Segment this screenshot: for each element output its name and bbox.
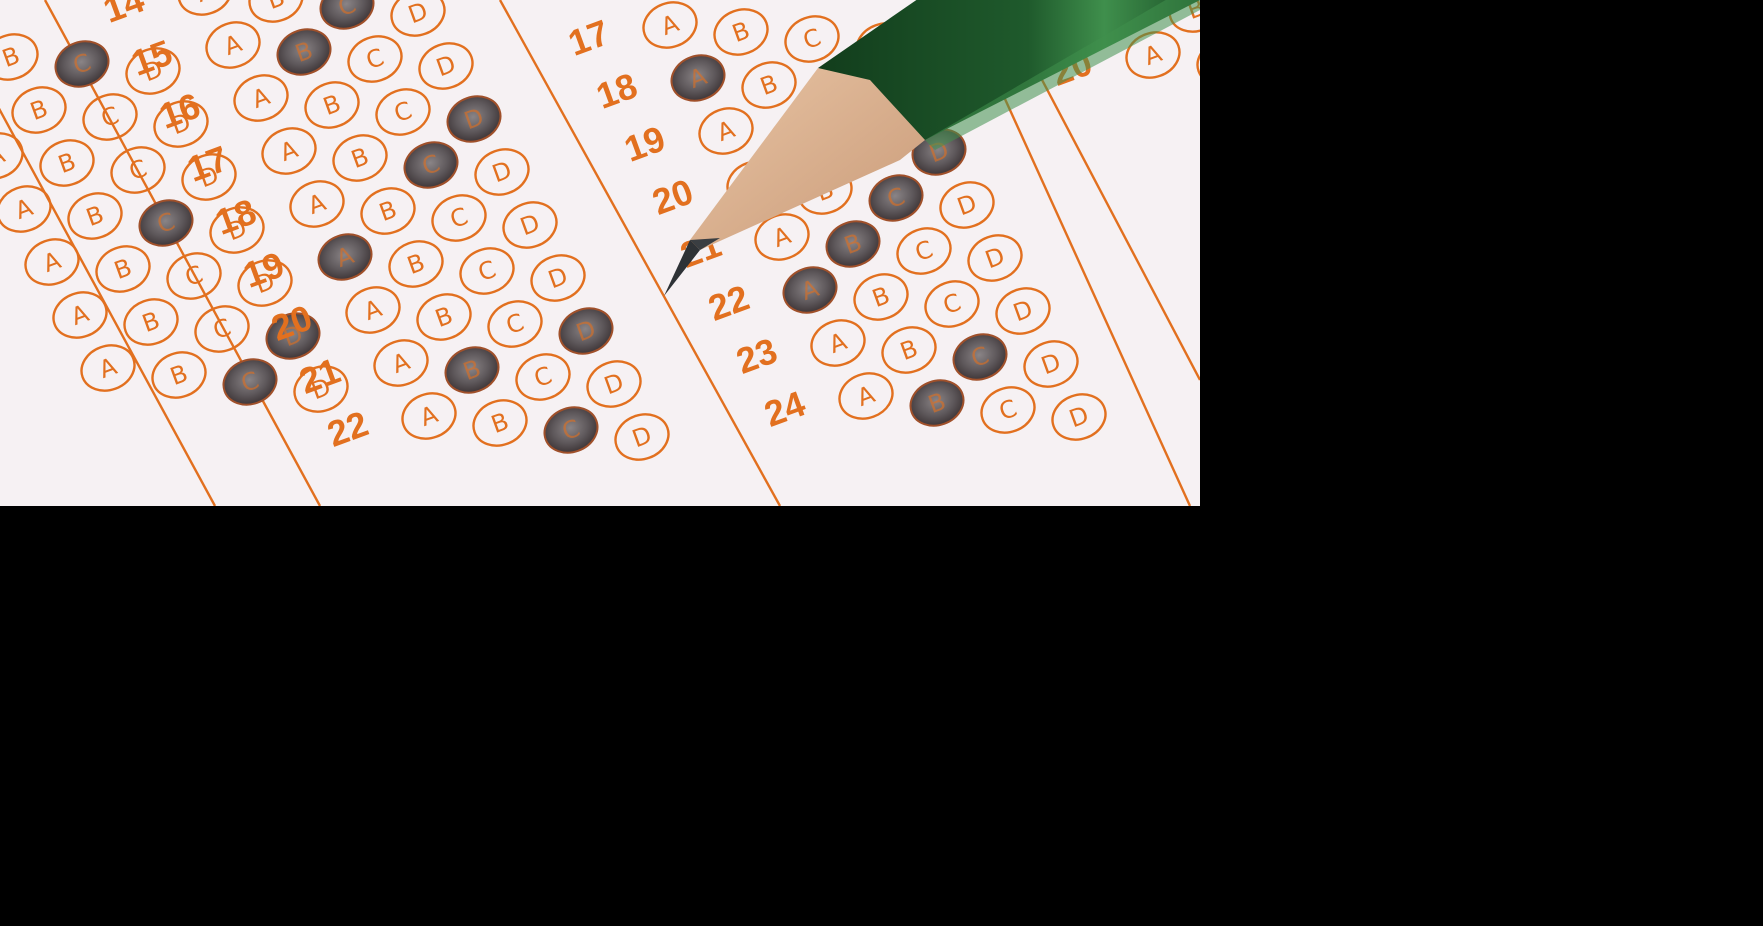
bubble-letter: C [799, 23, 824, 55]
question-row: 16ABCD [154, 68, 507, 149]
bubble-letter: B [82, 200, 107, 232]
question-number: 22 [703, 277, 755, 329]
bubble-letter: D [489, 156, 516, 189]
question-row: 24ABCD [759, 366, 1112, 447]
bubble-letter: D [954, 189, 981, 222]
bubble-letter: D [545, 262, 572, 295]
bubble-letter: D [433, 50, 460, 83]
bubble-letter: D [1066, 401, 1093, 434]
bubble-letter: C [362, 43, 387, 75]
bubble-letter: B [263, 0, 288, 15]
bubble-letter: C [502, 308, 527, 340]
bubble-letter: A [1140, 39, 1166, 71]
bubble-letter: A [713, 115, 739, 147]
bubble-letter: B [756, 69, 781, 101]
bubble-letter: D [601, 368, 628, 401]
bubble-letter: A [853, 380, 879, 412]
bubble-letter: A [192, 0, 218, 8]
question-number: 21 [294, 350, 346, 402]
question-number: 23 [731, 330, 783, 382]
bubble-letter: A [0, 140, 9, 172]
bubble-letter: A [95, 352, 121, 384]
bubble-letter: D [1010, 295, 1037, 328]
bubble-letter: A [220, 29, 246, 61]
bubble-b[interactable] [1191, 32, 1200, 92]
bubble-a[interactable] [0, 73, 1, 133]
bubble-letter: B [26, 94, 51, 126]
bubble-letter: C [446, 202, 471, 234]
bubble-letter: D [405, 0, 432, 29]
question-row: 20ABCD [266, 280, 619, 361]
bubble-letter: B [375, 195, 400, 227]
bubble-letter: C [939, 288, 964, 320]
bubble-letter: D [629, 421, 656, 454]
bubble-letter: B [110, 253, 135, 285]
bubble-letter: B [138, 306, 163, 338]
question-row: 18ABCD [210, 174, 563, 255]
bubble-letter: A [39, 246, 65, 278]
bubble-letter: C [181, 260, 206, 292]
bubble-letter: B [347, 142, 372, 174]
bubble-letter: C [390, 96, 415, 128]
bubble-letter: B [54, 147, 79, 179]
bubble-letter: D [982, 242, 1009, 275]
bubble-letter: B [319, 89, 344, 121]
question-number: 14 [98, 0, 150, 31]
bubble-letter: C [474, 255, 499, 287]
question-number: 18 [591, 65, 643, 117]
bubble-letter: C [995, 394, 1020, 426]
question-row: 19ABCD [238, 227, 591, 308]
question-number: 20 [647, 171, 699, 223]
bubble-letter: A [360, 294, 386, 326]
answer-sheet: ABCDABCDABCDABCDABCDABCDABCD14ABCD15ABCD… [0, 0, 1200, 506]
question-number: 24 [759, 383, 811, 435]
bubble-letter: A [416, 400, 442, 432]
bubble-letter: B [487, 407, 512, 439]
answer-sheet-photo: ABCDABCDABCDABCDABCDABCDABCD14ABCD15ABCD… [0, 0, 1200, 506]
question-row: 22ABCD [703, 260, 1056, 341]
bubble-letter: A [276, 135, 302, 167]
question-row: 15ABCD [126, 15, 479, 96]
question-number: 15 [126, 32, 178, 84]
question-row: 23ABCD [731, 313, 1084, 394]
bubble-letter: C [125, 154, 150, 186]
bubble-letter: A [304, 188, 330, 220]
bubble-letter: B [896, 334, 921, 366]
bubble-letter: B [403, 248, 428, 280]
bubble-letter: A [67, 299, 93, 331]
bubble-letter: B [728, 16, 753, 48]
bubble-letter: C [530, 361, 555, 393]
bubble-letter: B [166, 359, 191, 391]
bubble-letter: C [209, 313, 234, 345]
bubble-letter: C [911, 235, 936, 267]
bubble-letter: D [1038, 348, 1065, 381]
bubble-letter: A [657, 9, 683, 41]
question-number: 17 [563, 12, 615, 64]
bubble-letter: A [388, 347, 414, 379]
bubble-letter: B [0, 41, 24, 73]
bubble-letter: B [868, 281, 893, 313]
bubble-letter: B [431, 301, 456, 333]
bubble-letter: C [97, 101, 122, 133]
answer-column-1: ABCDABCDABCDABCDABCDABCDABCD [0, 20, 354, 419]
bubble-letter: A [769, 221, 795, 253]
bubble-letter: A [825, 327, 851, 359]
bubble-letter: D [517, 209, 544, 242]
bubble-letter: A [11, 193, 37, 225]
question-row: 22ABCD [322, 386, 675, 467]
bubble-letter: A [248, 82, 274, 114]
question-number: 19 [619, 118, 671, 170]
